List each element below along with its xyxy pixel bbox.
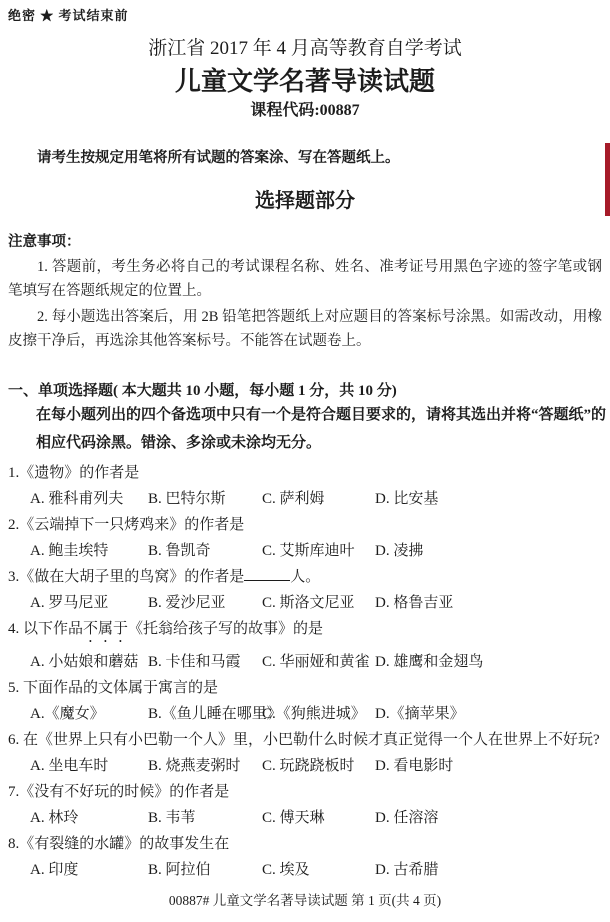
question-4-stem: 4. 以下作品不属于《托翁给孩子写的故事》的是 xyxy=(8,620,602,646)
question-4-option-d: D. 雄鹰和金翅鸟 xyxy=(375,653,602,672)
answer-instruction: 请考生按规定用笔将所有试题的答案涂、写在答题纸上。 xyxy=(37,148,602,168)
question-7-option-d: D. 任溶溶 xyxy=(375,809,602,828)
note-item-2: 2. 每小题选出答案后，用 2B 铅笔把答题纸上对应题目的答案标号涂黑。如需改动… xyxy=(8,305,602,353)
red-margin-mark xyxy=(605,143,610,216)
question-4-stem-post: 《托翁给孩子写的故事》的是 xyxy=(128,621,323,637)
question-1-option-c: C. 萨利姆 xyxy=(262,490,375,509)
question-5-option-b: B.《鱼儿睡在哪里》 xyxy=(148,705,262,724)
question-7-options: A. 林玲 B. 韦苇 C. 傅天琳 D. 任溶溶 xyxy=(30,809,602,828)
question-6-stem: 6. 在《世界上只有小巴勒一个人》里，小巴勒什么时候才真正觉得一个人在世界上不好… xyxy=(8,731,602,750)
exam-session-title: 浙江省 2017 年 4 月高等教育自学考试 xyxy=(8,36,602,62)
question-7-option-c: C. 傅天琳 xyxy=(262,809,375,828)
question-2-stem: 2.《云端掉下一只烤鸡来》的作者是 xyxy=(8,516,602,535)
question-2-option-d: D. 凌拂 xyxy=(375,542,602,561)
question-7-stem: 7.《没有不好玩的时候》的作者是 xyxy=(8,783,602,802)
question-3-option-c: C. 斯洛文尼亚 xyxy=(262,594,375,613)
exam-paper-page: 绝密 ★ 考试结束前 浙江省 2017 年 4 月高等教育自学考试 儿童文学名著… xyxy=(0,0,610,922)
emphasized-text: 不属于 xyxy=(83,621,128,637)
paper-title: 儿童文学名著导读试题 xyxy=(8,64,602,98)
page-footer: 00887# 儿童文学名著导读试题 第 1 页(共 4 页) xyxy=(8,892,602,910)
question-2-options: A. 鲍圭埃特 B. 鲁凯奇 C. 艾斯库迪叶 D. 凌拂 xyxy=(30,542,602,561)
question-6-option-d: D. 看电影时 xyxy=(375,757,602,776)
question-5-option-c: C.《狗熊进城》 xyxy=(262,705,375,724)
notes-heading: 注意事项： xyxy=(8,232,602,252)
question-6-option-c: C. 玩跷跷板时 xyxy=(262,757,375,776)
question-5-stem: 5. 下面作品的文体属于寓言的是 xyxy=(8,679,602,698)
question-1-option-b: B. 巴特尔斯 xyxy=(148,490,262,509)
question-8-option-d: D. 古希腊 xyxy=(375,861,602,880)
question-7-option-b: B. 韦苇 xyxy=(148,809,262,828)
question-2-option-b: B. 鲁凯奇 xyxy=(148,542,262,561)
question-4-option-b: B. 卡佳和马霞 xyxy=(148,653,262,672)
question-1-option-d: D. 比安基 xyxy=(375,490,602,509)
question-1-stem: 1.《遗物》的作者是 xyxy=(8,464,602,483)
question-5-option-d: D.《摘苹果》 xyxy=(375,705,602,724)
question-8-option-b: B. 阿拉伯 xyxy=(148,861,262,880)
part1-instruction-line1: 在每小题列出的四个备选项中只有一个是符合题目要求的，请将其选出并将“答题纸”的 xyxy=(36,401,602,429)
question-8-option-a: A. 印度 xyxy=(30,861,148,880)
question-1-options: A. 雅科甫列夫 B. 巴特尔斯 C. 萨利姆 D. 比安基 xyxy=(30,490,602,509)
question-3-stem-post: 人。 xyxy=(290,569,320,585)
question-8-option-c: C. 埃及 xyxy=(262,861,375,880)
question-3-stem: 3.《做在大胡子里的鸟窝》的作者是人。 xyxy=(8,568,602,587)
question-5-options: A.《魔女》 B.《鱼儿睡在哪里》 C.《狗熊进城》 D.《摘苹果》 xyxy=(30,705,602,724)
question-3-options: A. 罗马尼亚 B. 爱沙尼亚 C. 斯洛文尼亚 D. 格鲁吉亚 xyxy=(30,594,602,613)
question-6-option-a: A. 坐电车时 xyxy=(30,757,148,776)
question-7-option-a: A. 林玲 xyxy=(30,809,148,828)
part1-instruction: 在每小题列出的四个备选项中只有一个是符合题目要求的，请将其选出并将“答题纸”的 … xyxy=(36,401,602,457)
question-3-stem-pre: 3.《做在大胡子里的鸟窝》的作者是 xyxy=(8,569,244,585)
fill-in-blank-line xyxy=(244,568,290,581)
question-4-stem-pre: 4. 以下作品 xyxy=(8,621,83,637)
question-6-option-b: B. 烧燕麦粥时 xyxy=(148,757,262,776)
question-8-stem: 8.《有裂缝的水罐》的故事发生在 xyxy=(8,835,602,854)
security-label: 绝密 ★ 考试结束前 xyxy=(8,8,602,24)
section-title: 选择题部分 xyxy=(8,188,602,214)
note-item-1: 1. 答题前，考生务必将自己的考试课程名称、姓名、准考证号用黑色字迹的签字笔或钢… xyxy=(8,255,602,303)
question-4-options: A. 小姑娘和蘑菇 B. 卡佳和马霞 C. 华丽娅和黄雀 D. 雄鹰和金翅鸟 xyxy=(30,653,602,672)
question-3-option-d: D. 格鲁吉亚 xyxy=(375,594,602,613)
question-5-option-a: A.《魔女》 xyxy=(30,705,148,724)
course-code: 课程代码:00887 xyxy=(8,100,602,122)
question-1-option-a: A. 雅科甫列夫 xyxy=(30,490,148,509)
question-8-options: A. 印度 B. 阿拉伯 C. 埃及 D. 古希腊 xyxy=(30,861,602,880)
question-4-option-a: A. 小姑娘和蘑菇 xyxy=(30,653,148,672)
question-3-option-b: B. 爱沙尼亚 xyxy=(148,594,262,613)
question-6-options: A. 坐电车时 B. 烧燕麦粥时 C. 玩跷跷板时 D. 看电影时 xyxy=(30,757,602,776)
part1-instruction-line2: 相应代码涂黑。错涂、多涂或未涂均无分。 xyxy=(36,429,602,457)
question-4-option-c: C. 华丽娅和黄雀 xyxy=(262,653,375,672)
question-2-option-c: C. 艾斯库迪叶 xyxy=(262,542,375,561)
question-2-option-a: A. 鲍圭埃特 xyxy=(30,542,148,561)
question-3-option-a: A. 罗马尼亚 xyxy=(30,594,148,613)
part1-heading: 一、单项选择题( 本大题共 10 小题，每小题 1 分，共 10 分) xyxy=(8,381,602,401)
